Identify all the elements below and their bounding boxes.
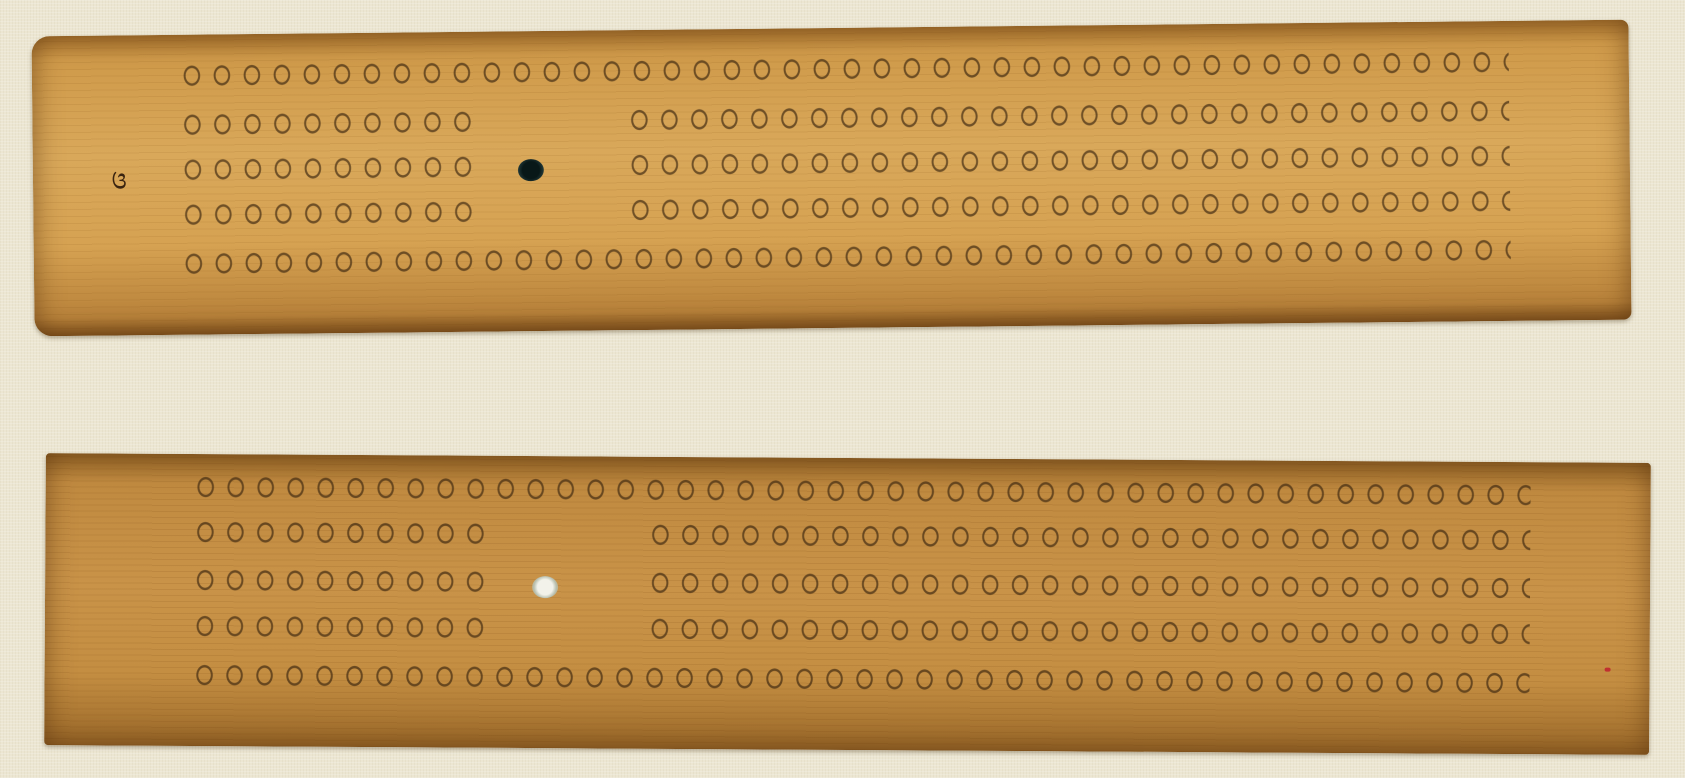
- red-mark: [1605, 668, 1611, 672]
- script-line-2: [195, 512, 1530, 564]
- script-line-4: [195, 606, 1530, 658]
- script-line-1: [182, 39, 1509, 97]
- leaf-number: ᭔: [111, 155, 128, 212]
- palm-leaf-top: ᭔: [31, 20, 1631, 337]
- script-line-1: [196, 464, 1531, 516]
- palm-leaf-bottom: [44, 453, 1651, 755]
- script-line-5: [194, 652, 1529, 704]
- script-line-3: [195, 560, 1530, 612]
